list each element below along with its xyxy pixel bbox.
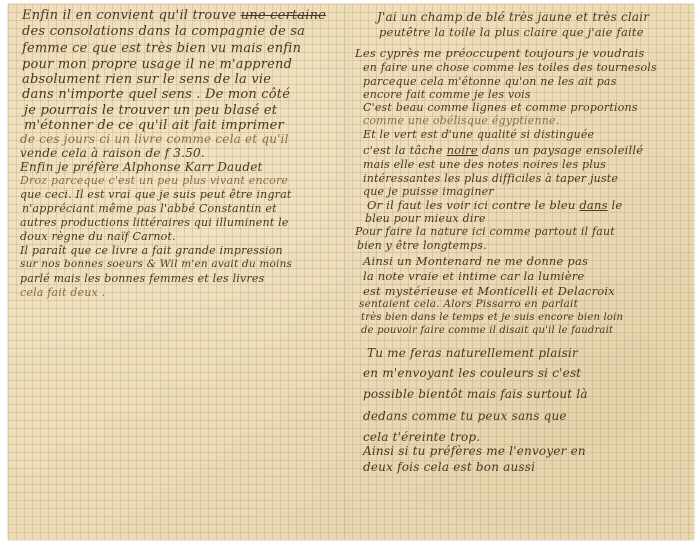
handwritten-line: dedans comme tu peux sans que [363, 409, 567, 423]
handwritten-line: Les cyprès me préoccupent toujours je vo… [355, 46, 645, 60]
right-page: J'ai un champ de blé très jaune et très … [349, 4, 694, 540]
handwritten-line: possible bientôt mais fais surtout là [363, 387, 588, 401]
handwritten-line: cela t'éreinte trop. [363, 430, 480, 444]
handwritten-line: Ainsi si tu préfères me l'envoyer en [363, 444, 586, 458]
handwritten-line: encore fait comme je les vois [363, 88, 531, 101]
handwritten-line: bien y être longtemps. [357, 239, 487, 252]
handwritten-line: C'est beau comme lignes et comme proport… [363, 101, 638, 114]
handwritten-line: intéressantes les plus difficiles à tape… [363, 172, 618, 185]
handwritten-line: sentaient cela. Alors Pissarro en parlai… [359, 298, 578, 310]
handwritten-line: est mystérieuse et Monticelli et Delacro… [363, 284, 615, 298]
handwritten-line: très bien dans le temps et je suis encor… [361, 312, 623, 323]
handwritten-line: parceque cela m'étonne qu'on ne les ait … [363, 75, 617, 88]
handwritten-line: en m'envoyant les couleurs si c'est [363, 366, 581, 380]
handwritten-line: deux fois cela est bon aussi [363, 460, 535, 474]
handwritten-line: comme une obélisque égyptienne. [363, 114, 559, 127]
handwritten-line: en faire une chose comme les toiles des … [363, 61, 657, 74]
handwritten-line: bleu pour mieux dire [365, 212, 486, 225]
letter-sheet: Enfin il en convient qu'il trouve une ce… [8, 4, 694, 540]
handwritten-line: Ainsi un Montenard ne me donne pas [363, 254, 588, 268]
left-page-lower [8, 4, 345, 540]
handwritten-line: Tu me feras naturellement plaisir [367, 346, 578, 360]
handwritten-line: c'est la tâche noire dans un paysage ens… [363, 143, 643, 157]
handwritten-line: que je puisse imaginer [363, 185, 494, 198]
handwritten-line: mais elle est une des notes noires les p… [363, 158, 606, 171]
handwritten-line: Pour faire la nature ici comme partout i… [355, 225, 615, 238]
handwritten-line: Or il faut les voir ici contre le bleu d… [367, 198, 622, 212]
handwritten-line: de pouvoir faire comme il disait qu'il l… [361, 325, 613, 336]
handwritten-line: la note vraie et intime car la lumière [363, 269, 584, 283]
handwritten-line: J'ai un champ de blé très jaune et très … [377, 10, 649, 24]
handwritten-line: peutêtre la toile la plus claire que j'a… [379, 25, 644, 39]
handwritten-line: Et le vert est d'une qualité si distingu… [363, 128, 594, 141]
